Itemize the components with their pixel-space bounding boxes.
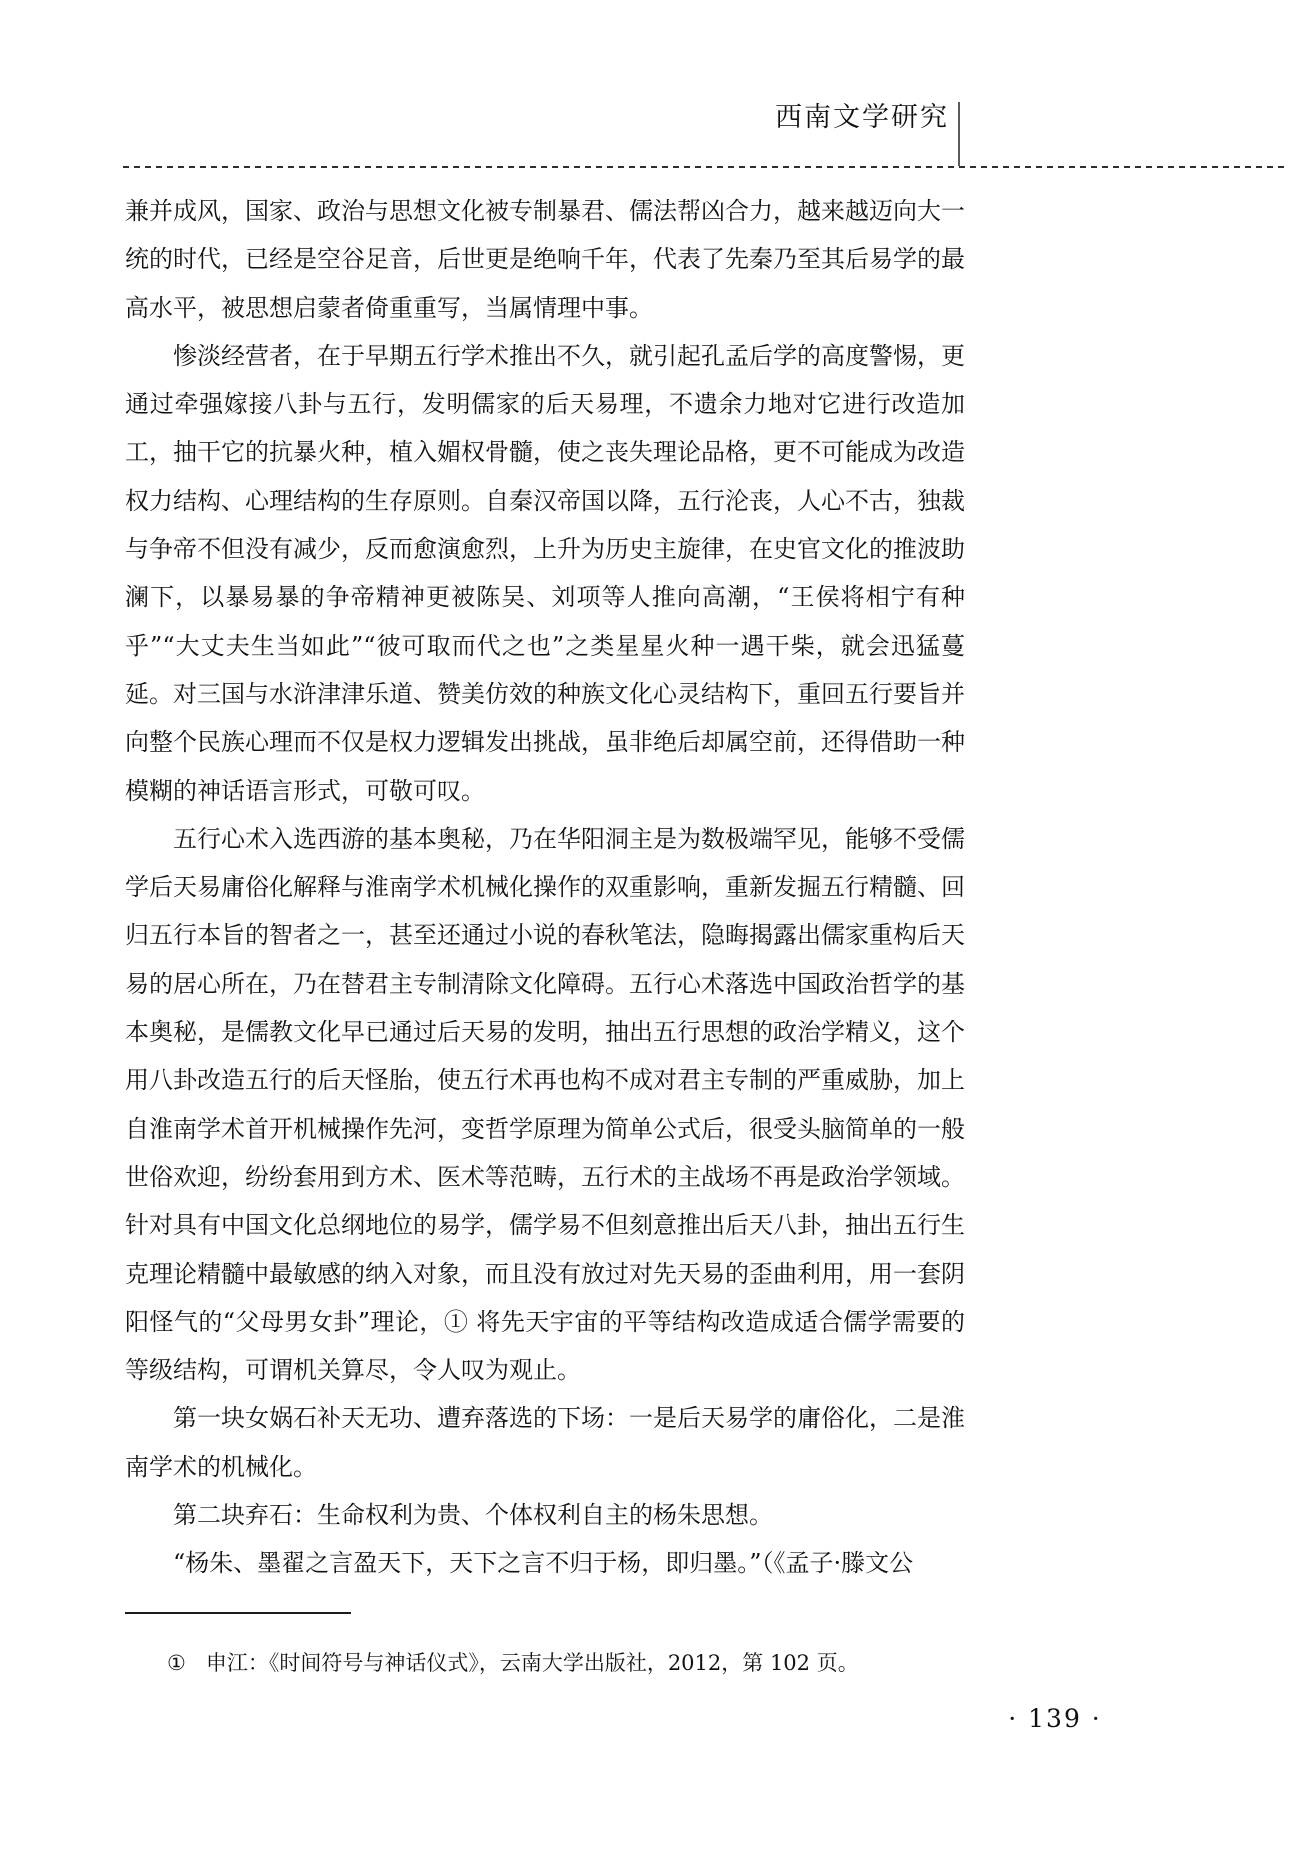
body-paragraph: “杨朱、墨翟之言盈天下，天下之言不归于杨，即归墨。”（《孟子·滕文公: [125, 1539, 965, 1587]
body-paragraph: 惨淡经营者，在于早期五行学术推出不久，就引起孔孟后学的高度警惕，更通过牵强嫁接八…: [125, 332, 965, 815]
footnote: ①申江：《时间符号与神话仪式》，云南大学出版社，2012，第 102 页。: [125, 1646, 965, 1680]
header-vertical-rule: [958, 102, 960, 166]
page-number: · 139 ·: [988, 1703, 1122, 1735]
document-page: 西南文学研究 兼并成风，国家、政治与思想文化被专制暴君、儒法帮凶合力，越来越迈向…: [0, 0, 1307, 1859]
body-text: 兼并成风，国家、政治与思想文化被专制暴君、儒法帮凶合力，越来越迈向大一统的时代，…: [125, 187, 965, 1588]
body-paragraph: 兼并成风，国家、政治与思想文化被专制暴君、儒法帮凶合力，越来越迈向大一统的时代，…: [125, 187, 965, 332]
body-paragraph: 第一块女娲石补天无功、遭弃落选的下场：一是后天易学的庸俗化，二是淮南学术的机械化…: [125, 1394, 965, 1491]
body-paragraph: 第二块弃石：生命权利为贵、个体权利自主的杨朱思想。: [125, 1491, 965, 1539]
body-paragraph: 五行心术入选西游的基本奥秘，乃在华阳洞主是为数极端罕见，能够不受儒学后天易庸俗化…: [125, 815, 965, 1395]
header-dashed-divider: [123, 166, 1289, 168]
footnote-divider: [125, 1612, 351, 1614]
footnote-marker: ①: [167, 1651, 186, 1675]
footnote-text: 申江：《时间符号与神话仪式》，云南大学出版社，2012，第 102 页。: [206, 1651, 859, 1675]
journal-header-title: 西南文学研究: [125, 101, 949, 135]
